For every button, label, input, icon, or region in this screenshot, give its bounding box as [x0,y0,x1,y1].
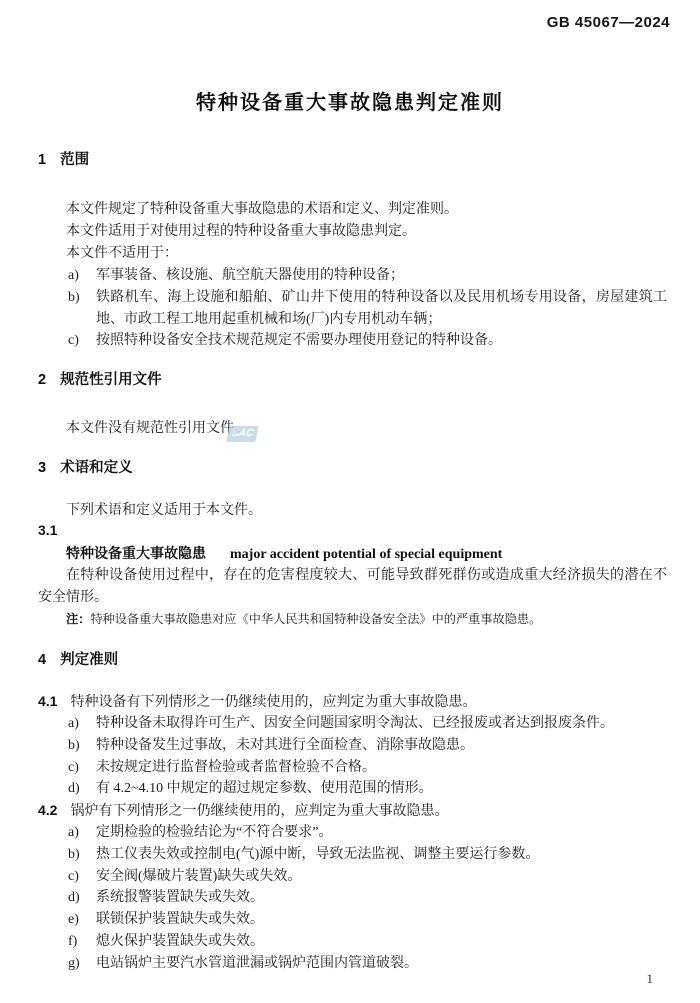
section-1-number: 1 [38,150,46,170]
list-item-text: 按照特种设备安全技术规范规定不需要办理使用登记的特种设备。 [96,333,502,348]
list-item-label: a) [68,713,79,735]
list-item: b) 热工仪表失效或控制电(气)源中断，导致无法监视、调整主要运行参数。 [38,844,667,866]
list-item: a) 定期检验的检验结论为“不符合要求”。 [38,822,667,844]
term-zh: 特种设备重大事故隐患 [66,545,206,561]
term-id: 3.1 [38,522,667,538]
list-item: c) 未按规定进行监督检验或者监督检验不合格。 [38,757,667,779]
section-3-title: 术语和定义 [60,460,133,476]
list-item-text: 特种设备未取得许可生产、因安全问题国家明令淘汰、已经报废或者达到报废条件。 [96,716,614,731]
note-label: 注： [66,612,90,626]
list-item: d) 系统报警装置缺失或失效。 [38,887,667,909]
list-item-text: 有 4.2~4.10 中规定的超过规定参数、使用范围的情形。 [96,781,433,796]
list-item-label: a) [68,822,79,844]
list-item-text: 安全阀(爆破片装置)缺失或失效。 [96,869,301,884]
list-item: a) 军事装备、核设施、航空航天器使用的特种设备； [38,265,667,287]
list-item-text: 铁路机车、海上设施和船舶、矿山井下使用的特种设备以及民用机场专用设备，房屋建筑工… [96,290,667,327]
clause-4-2-list: a) 定期检验的检验结论为“不符合要求”。 b) 热工仪表失效或控制电(气)源中… [38,822,667,975]
section-4-heading: 4判定准则 [38,650,667,670]
term-definition-body: 在特种设备使用过程中，存在的危害程度较大、可能导致群死群伤或造成重大经济损失的潜… [38,565,667,609]
list-item-label: c) [68,866,79,888]
list-item-text: 热工仪表失效或控制电(气)源中断，导致无法监视、调整主要运行参数。 [96,847,539,862]
list-item-label: b) [68,735,80,757]
term-en: major accident potential of special equi… [230,547,502,562]
list-item-text: 特种设备发生过事故，未对其进行全面检查、消除事故隐患。 [96,738,474,753]
note-text: 特种设备重大事故隐患对应《中华人民共和国特种设备安全法》中的严重事故隐患。 [90,612,541,626]
list-item-label: g) [68,953,80,975]
page-title: 特种设备重大事故隐患判定准则 [0,86,700,115]
list-item-label: d) [68,887,80,909]
paragraph: 本文件规定了特种设备重大事故隐患的术语和定义、判定准则。 [38,199,667,221]
list-item-text: 系统报警装置缺失或失效。 [96,890,264,905]
paragraph: 下列术语和定义适用于本文件。 [38,500,667,522]
list-item-text: 定期检验的检验结论为“不符合要求”。 [96,825,332,840]
paragraph: 本文件没有规范性引用文件。 [38,418,667,440]
paragraph: 本文件适用于对使用过程的特种设备重大事故隐患判定。 [38,221,667,243]
list-item: f) 熄火保护装置缺失或失效。 [38,931,667,953]
clause-4-1-list: a) 特种设备未取得许可生产、因安全问题国家明令淘汰、已经报废或者达到报废条件。… [38,713,667,800]
list-item-label: b) [68,287,80,309]
list-item-label: c) [68,757,79,779]
list-item: g) 电站锅炉主要汽水管道泄漏或锅炉范围内管道破裂。 [38,953,667,975]
section-3-number: 3 [38,458,46,478]
clause-4-1-text: 特种设备有下列情形之一仍继续使用的，应判定为重大事故隐患。 [70,695,476,710]
section-1-paragraphs: 本文件规定了特种设备重大事故隐患的术语和定义、判定准则。 本文件适用于对使用过程… [38,199,667,264]
list-item: b) 铁路机车、海上设施和船舶、矿山井下使用的特种设备以及民用机场专用设备，房屋… [38,287,667,331]
list-item-label: d) [68,778,80,800]
list-item-text: 未按规定进行监督检验或者监督检验不合格。 [96,760,376,775]
section-2-paragraphs: 本文件没有规范性引用文件。 [38,418,667,440]
list-item-label: c) [68,330,79,352]
list-item-text: 联锁保护装置缺失或失效。 [96,912,264,927]
section-2-title: 规范性引用文件 [60,372,162,388]
doc-number: GB 45067—2024 [547,14,670,31]
section-2-number: 2 [38,370,46,390]
clause-4-1: 4.1特种设备有下列情形之一仍继续使用的，应判定为重大事故隐患。 [38,691,667,714]
section-3-intro: 下列术语和定义适用于本文件。 [38,500,667,522]
list-item-label: a) [68,265,79,287]
clause-4-2-number: 4.2 [38,802,57,818]
paragraph: 本文件不适用于： [38,243,667,265]
section-1-list: a) 军事装备、核设施、航空航天器使用的特种设备； b) 铁路机车、海上设施和船… [38,265,667,352]
clause-4-2-text: 锅炉有下列情形之一仍继续使用的，应判定为重大事故隐患。 [70,804,448,819]
list-item-text: 熄火保护装置缺失或失效。 [96,934,264,949]
document-page: GB 45067—2024 特种设备重大事故隐患判定准则 1范围 本文件规定了特… [0,0,700,1003]
list-item: b) 特种设备发生过事故，未对其进行全面检查、消除事故隐患。 [38,735,667,757]
page-number: 1 [647,971,654,987]
sac-watermark: SAC [226,426,259,442]
paragraph: 在特种设备使用过程中，存在的危害程度较大、可能导致群死群伤或造成重大经济损失的潜… [38,565,667,609]
list-item-text: 军事装备、核设施、航空航天器使用的特种设备； [96,268,404,283]
section-4-number: 4 [38,650,46,670]
list-item: d) 有 4.2~4.10 中规定的超过规定参数、使用范围的情形。 [38,778,667,800]
section-1-heading: 1范围 [38,150,667,170]
list-item-label: f) [68,931,77,953]
list-item-label: b) [68,844,80,866]
list-item: a) 特种设备未取得许可生产、因安全问题国家明令淘汰、已经报废或者达到报废条件。 [38,713,667,735]
section-2-heading: 2规范性引用文件 [38,370,667,390]
term-definition-line: 特种设备重大事故隐患major accident potential of sp… [38,543,695,566]
section-3-heading: 3术语和定义 [38,458,667,478]
clause-4-1-number: 4.1 [38,693,57,709]
section-4-title: 判定准则 [60,652,118,668]
list-item: c) 安全阀(爆破片装置)缺失或失效。 [38,866,667,888]
clause-4-2: 4.2锅炉有下列情形之一仍继续使用的，应判定为重大事故隐患。 [38,800,667,823]
list-item-label: e) [68,909,79,931]
list-item-text: 电站锅炉主要汽水管道泄漏或锅炉范围内管道破裂。 [96,956,418,971]
section-1-title: 范围 [60,152,89,168]
list-item: c) 按照特种设备安全技术规范规定不需要办理使用登记的特种设备。 [38,330,667,352]
term-note: 注：特种设备重大事故隐患对应《中华人民共和国特种设备安全法》中的严重事故隐患。 [38,610,695,628]
list-item: e) 联锁保护装置缺失或失效。 [38,909,667,931]
